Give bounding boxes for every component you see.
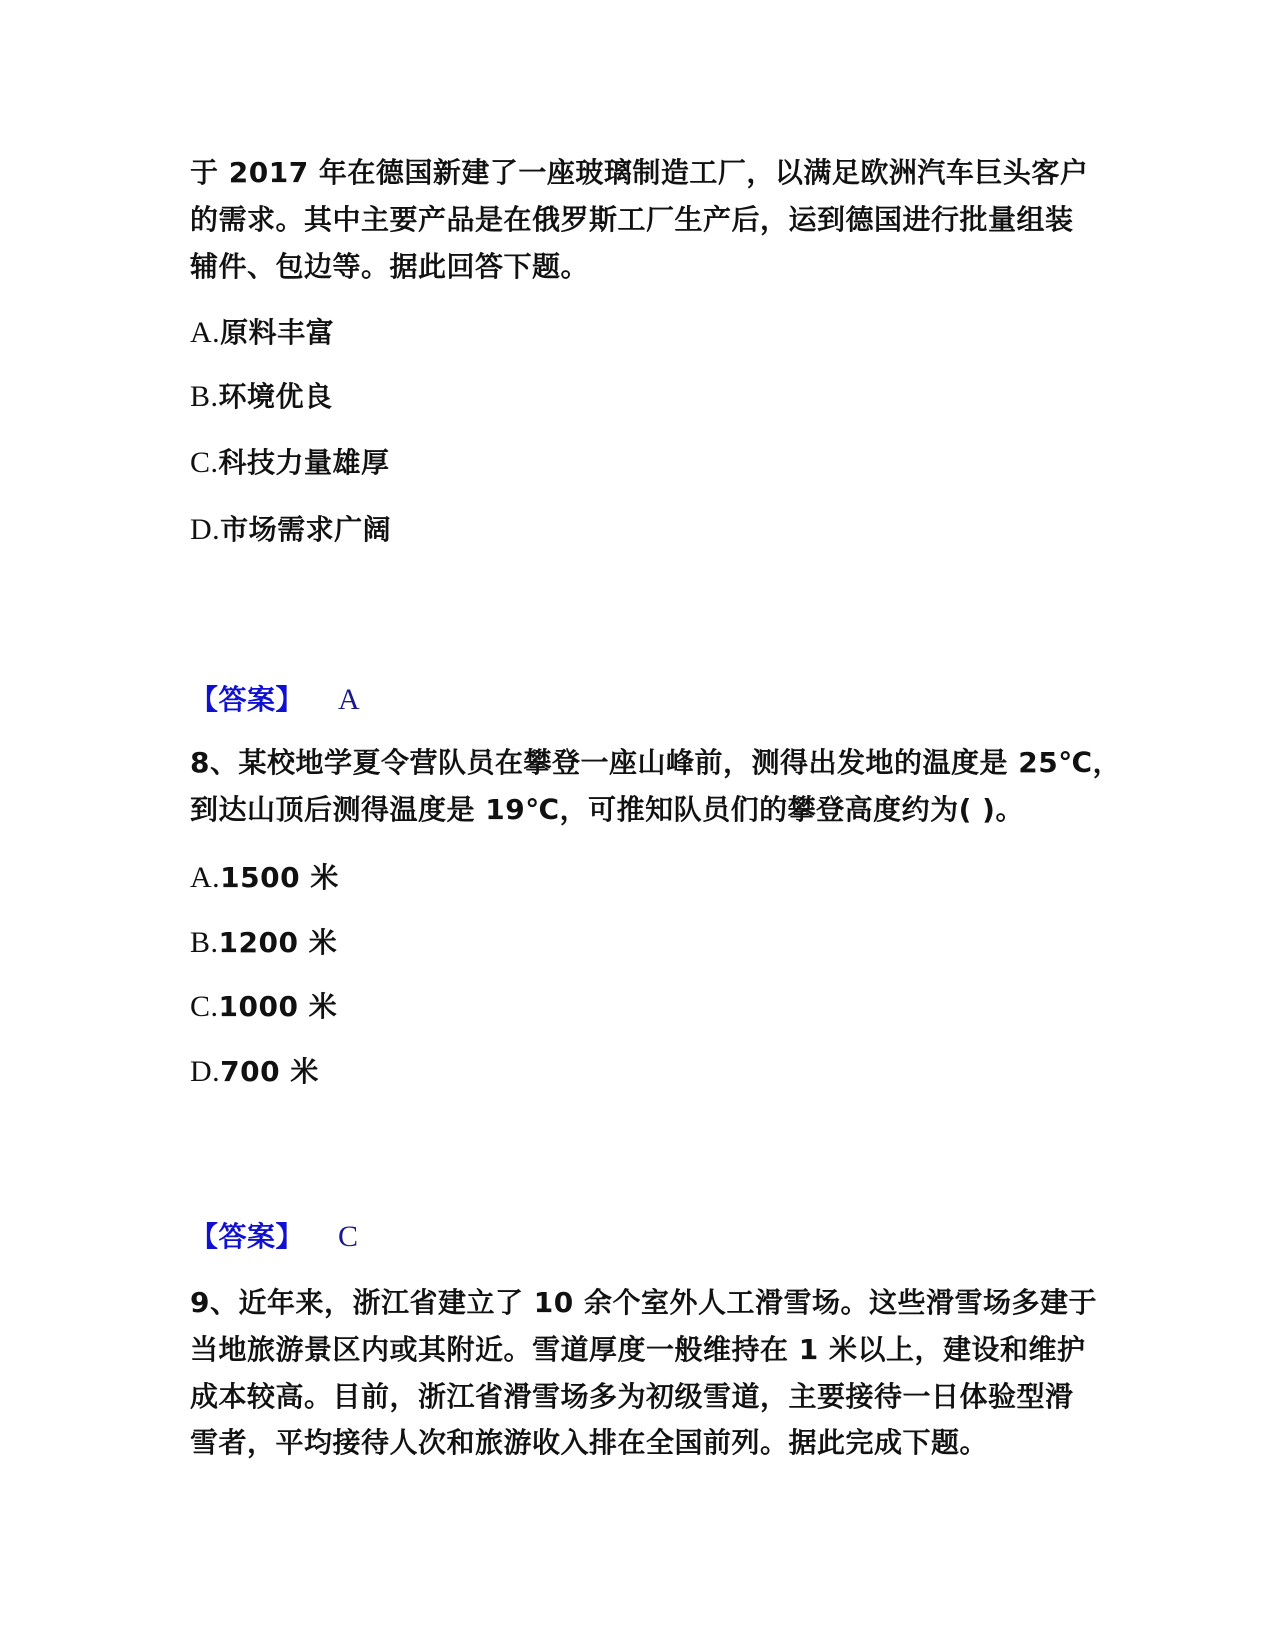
option-text: 700 米: [220, 1055, 319, 1088]
option-letter: A.: [190, 316, 220, 349]
q7-answer: 【答案】A: [190, 683, 1090, 717]
option-letter: D.: [190, 513, 220, 546]
q8-stem-line-1: 8、某校地学夏令营队员在攀登一座山峰前，测得出发地的温度是 25℃，: [190, 746, 1090, 780]
answer-value: C: [338, 1220, 359, 1253]
option-letter: B.: [190, 380, 219, 413]
answer-label: 【答案】: [190, 683, 304, 716]
q7-stem-line-2: 的需求。其中主要产品是在俄罗斯工厂生产后，运到德国进行批量组装: [190, 203, 1090, 237]
option-text: 1200 米: [219, 926, 338, 959]
q7-option-a: A.原料丰富: [190, 316, 1090, 350]
q9-stem-line-3: 成本较高。目前，浙江省滑雪场多为初级雪道，主要接待一日体验型滑: [190, 1380, 1090, 1414]
option-letter: A.: [190, 861, 220, 894]
option-letter: D.: [190, 1055, 220, 1088]
option-text: 环境优良: [219, 380, 333, 413]
option-text: 原料丰富: [220, 316, 334, 349]
option-letter: C.: [190, 990, 219, 1023]
q9-stem-line-2: 当地旅游景区内或其附近。雪道厚度一般维持在 1 米以上，建设和维护: [190, 1333, 1090, 1367]
option-text: 科技力量雄厚: [219, 446, 390, 479]
q8-option-d: D.700 米: [190, 1055, 1090, 1089]
q8-option-b: B.1200 米: [190, 926, 1090, 960]
option-text: 1000 米: [219, 990, 338, 1023]
option-letter: B.: [190, 926, 219, 959]
option-text: 1500 米: [220, 861, 339, 894]
q8-answer: 【答案】C: [190, 1220, 1090, 1254]
answer-value: A: [338, 683, 360, 716]
q9-stem-line-4: 雪者，平均接待人次和旅游收入排在全国前列。据此完成下题。: [190, 1426, 1090, 1460]
q7-option-b: B.环境优良: [190, 380, 1090, 414]
q8-stem-line-2: 到达山顶后测得温度是 19℃，可推知队员们的攀登高度约为( )。: [190, 793, 1090, 827]
q8-option-c: C.1000 米: [190, 990, 1090, 1024]
q9-stem-line-1: 9、近年来，浙江省建立了 10 余个室外人工滑雪场。这些滑雪场多建于: [190, 1286, 1090, 1320]
q7-option-d: D.市场需求广阔: [190, 513, 1090, 547]
q8-option-a: A.1500 米: [190, 861, 1090, 895]
q7-option-c: C.科技力量雄厚: [190, 446, 1090, 480]
document-page: 于 2017 年在德国新建了一座玻璃制造工厂，以满足欧洲汽车巨头客户 的需求。其…: [0, 0, 1275, 1650]
option-text: 市场需求广阔: [220, 513, 391, 546]
option-letter: C.: [190, 446, 219, 479]
q7-stem-line-3: 辅件、包边等。据此回答下题。: [190, 250, 1090, 284]
q7-stem-line-1: 于 2017 年在德国新建了一座玻璃制造工厂，以满足欧洲汽车巨头客户: [190, 156, 1090, 190]
answer-label: 【答案】: [190, 1220, 304, 1253]
